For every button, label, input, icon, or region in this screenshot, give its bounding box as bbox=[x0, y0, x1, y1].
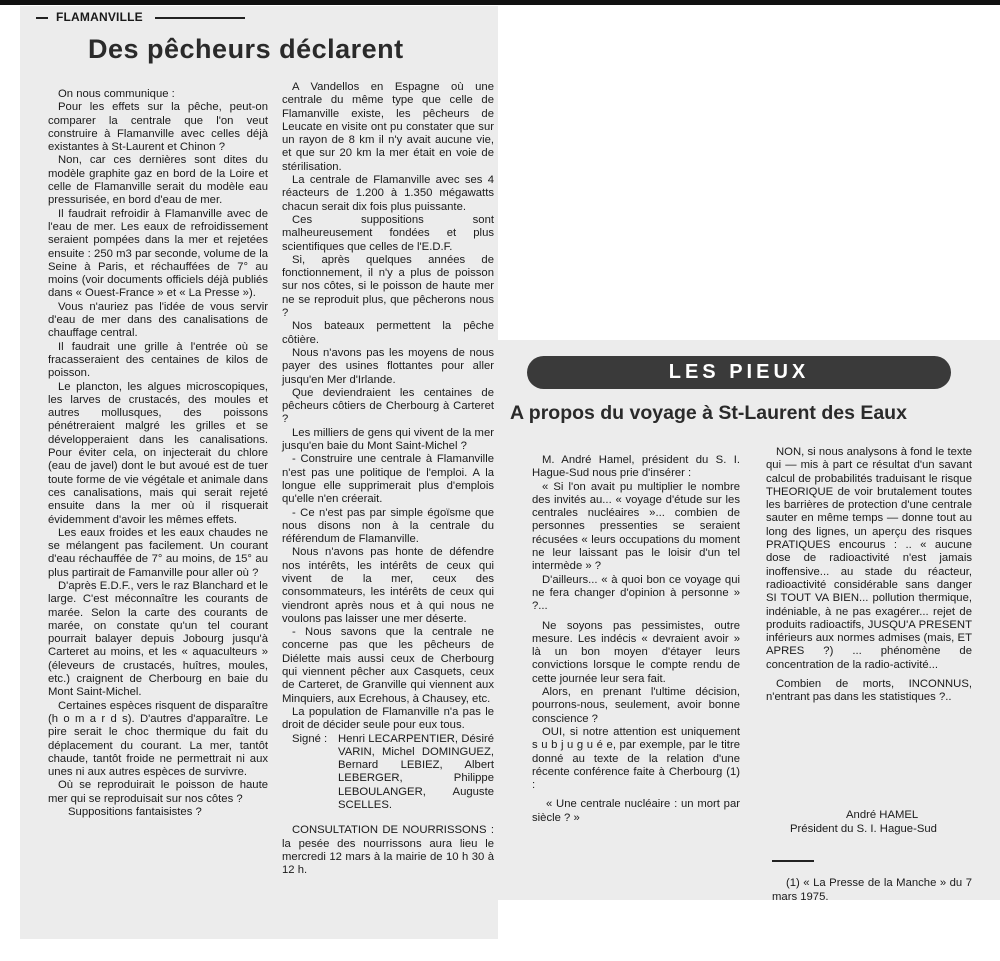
paragraph: Les milliers de gens qui vivent de la me… bbox=[282, 427, 494, 454]
paragraph: NON, si nous analysons à fond le texte q… bbox=[766, 446, 972, 672]
footnote: (1) « La Presse de la Manche » du 7 mars… bbox=[772, 876, 972, 904]
author-title: Président du S. I. Hague-Sud bbox=[790, 822, 975, 836]
paragraph: Non, car ces dernières sont dites du mod… bbox=[48, 154, 268, 207]
paragraph: Que deviendraient les centaines de pêche… bbox=[282, 387, 494, 427]
paragraph: « Si l'on avait pu multiplier le nombre … bbox=[532, 481, 740, 574]
paragraph: - Nous savons que la centrale ne concern… bbox=[282, 626, 494, 706]
paragraph: A Vandellos en Espagne où une centrale d… bbox=[282, 81, 494, 174]
paragraph: Suppositions fantaisistes ? bbox=[48, 806, 268, 819]
section-rule bbox=[155, 17, 245, 19]
paragraph: OUI, si notre attention est uniquement s… bbox=[532, 726, 740, 792]
paragraph: Ne soyons pas pessimistes, outre mesure.… bbox=[532, 620, 740, 686]
article1-column-2: A Vandellos en Espagne où une centrale d… bbox=[282, 81, 494, 878]
paragraph: - Ce n'est pas par simple égoïsme que no… bbox=[282, 507, 494, 547]
signed-label: Signé : bbox=[292, 733, 327, 745]
article2-column-2: NON, si nous analysons à fond le texte q… bbox=[766, 446, 972, 705]
consultation-notice: CONSULTATION DE NOURRISSONS : la pesée d… bbox=[282, 824, 494, 877]
dash-rule bbox=[36, 17, 48, 19]
paragraph: La population de Flamanville n'a pas le … bbox=[282, 706, 494, 733]
footnote-text: (1) « La Presse de la Manche » du 7 mars… bbox=[772, 876, 972, 904]
article2-column-1: M. André Hamel, président du S. I. Hague… bbox=[532, 454, 740, 825]
paragraph: Alors, en prenant l'ultime décision, pou… bbox=[532, 686, 740, 726]
paragraph: Vous n'auriez pas l'idée de vous servir … bbox=[48, 301, 268, 341]
paragraph: Certaines espèces risquent de disparaîtr… bbox=[48, 700, 268, 780]
paragraph: - Construire une centrale à Flamanville … bbox=[282, 453, 494, 506]
paragraph: Combien de morts, INCONNUS, n'entrant pa… bbox=[766, 678, 972, 705]
article1-headline: Des pêcheurs déclarent bbox=[88, 34, 404, 65]
paragraph: La centrale de Flamanville avec ses 4 ré… bbox=[282, 174, 494, 214]
article2-headline: A propos du voyage à St-Laurent des Eaux bbox=[510, 402, 907, 425]
paragraph: Il faudrait une grille à l'entrée où se … bbox=[48, 341, 268, 381]
paragraph: D'après E.D.F., vers le raz Blanchard et… bbox=[48, 580, 268, 700]
paragraph: Il faudrait refroidir à Flamanville avec… bbox=[48, 208, 268, 301]
paragraph: Les eaux froides et les eaux chaudes ne … bbox=[48, 527, 268, 580]
paragraph: On nous communique : bbox=[48, 88, 268, 101]
paragraph: M. André Hamel, président du S. I. Hague… bbox=[532, 454, 740, 481]
paragraph: Nos bateaux permettent la pêche côtière. bbox=[282, 320, 494, 347]
paragraph: Nous n'avons pas les moyens de nous paye… bbox=[282, 347, 494, 387]
article1-column-1: On nous communique : Pour les effets sur… bbox=[48, 88, 268, 819]
paragraph: Le plancton, les algues microscopiques, … bbox=[48, 381, 268, 527]
paragraph: D'ailleurs... « à quoi bon ce voyage qui… bbox=[532, 574, 740, 614]
footnote-rule bbox=[772, 860, 814, 862]
paragraph: Ces suppositions sont malheureusement fo… bbox=[282, 214, 494, 254]
section-label: FLAMANVILLE bbox=[36, 10, 245, 24]
author-signature: André HAMEL Président du S. I. Hague-Sud bbox=[790, 808, 975, 836]
paragraph: Où se reproduirait le poisson de haute m… bbox=[48, 779, 268, 806]
scan-top-border bbox=[0, 0, 1000, 5]
paragraph: Pour les effets sur la pêche, peut-on co… bbox=[48, 101, 268, 154]
section-label-text: FLAMANVILLE bbox=[56, 10, 143, 24]
paragraph: Si, après quelques années de fonctionnem… bbox=[282, 254, 494, 320]
author-name: André HAMEL bbox=[790, 808, 975, 822]
paragraph: Nous n'avons pas honte de défendre nos i… bbox=[282, 546, 494, 626]
quote: « Une centrale nucléaire : un mort par s… bbox=[532, 798, 740, 825]
section-banner: LES PIEUX bbox=[527, 356, 951, 389]
signatures: Signé : Henri LECARPENTIER, Désiré VARIN… bbox=[282, 733, 494, 813]
